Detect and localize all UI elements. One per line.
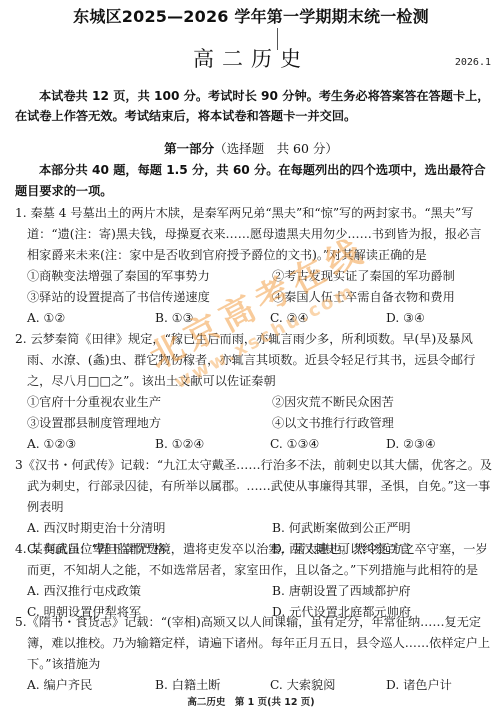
option-b: B. ①③ xyxy=(155,308,270,329)
question-4: 4. 某奏疏曰：“陛下幸忧边境，遣将吏发卒以治塞，甚大惠也。然令远方之卒守塞，一… xyxy=(15,539,493,623)
statement: ④以文书推行行政管理 xyxy=(272,413,493,434)
exam-page: 东城区2025—2026 学年第一学期期末统一检测 高二历史 2026.1 本试… xyxy=(0,0,502,723)
question-stem: 1. 秦墓 4 号墓出土的两片木牍，是秦军两兄弟“黑夫”和“惊”写的两封家书。“… xyxy=(15,203,493,266)
option-d: D. ③④ xyxy=(386,308,493,329)
option-a: A. 西汉推行屯戍政策 xyxy=(27,581,272,602)
question-stem: 3《汉书・何武传》记载：“九江太守戴圣……行治多不法，前刺史以其大儒，优客之。及… xyxy=(15,455,493,518)
option-d: D. ②③④ xyxy=(386,434,493,455)
option-b: B. 白籍土断 xyxy=(155,675,270,696)
option-a: A. ①② xyxy=(27,308,155,329)
answer-options: A. ①②③ B. ①②④ C. ①③④ D. ②③④ xyxy=(15,434,493,455)
section-intro: 本部分共 40 题，每题 1.5 分，共 60 分。在每题列出的四个选项中，选出… xyxy=(15,160,491,202)
option-b: B. ①②④ xyxy=(155,434,270,455)
answer-options: A. ①② B. ①③ C. ②④ D. ③④ xyxy=(15,308,493,329)
section-name: 第一部分 xyxy=(164,141,214,156)
question-1: 1. 秦墓 4 号墓出土的两片木牍，是秦军两兄弟“黑夫”和“惊”写的两封家书。“… xyxy=(15,203,493,329)
exam-date: 2026.1 xyxy=(455,57,491,68)
statement-list: ①商鞅变法增强了秦国的军事势力 ②考古发现实证了秦国的军功爵制 ③驿站的设置提高… xyxy=(15,266,493,308)
option-b: B. 何武断案做到公正严明 xyxy=(272,518,493,539)
section-note: （选择题 共 60 分） xyxy=(214,141,338,156)
statement: ③设置郡县制度管理地方 xyxy=(27,413,272,434)
option-a: A. ①②③ xyxy=(27,434,155,455)
option-a: A. 编户齐民 xyxy=(27,675,155,696)
page-footer: 高二历史 第 1 页(共 12 页) xyxy=(0,694,502,708)
statement: ①商鞅变法增强了秦国的军事势力 xyxy=(27,266,272,287)
subject-title: 高二历史 xyxy=(0,43,502,73)
statement: ②考古发现实证了秦国的军功爵制 xyxy=(272,266,493,287)
statement: ③驿站的设置提高了书信传递速度 xyxy=(27,287,272,308)
option-c: C. 大索貌阅 xyxy=(270,675,386,696)
statement: ④秦国人伍士卒需自备衣物和费用 xyxy=(272,287,493,308)
question-5: 5.《隋书・食货志》记载：“(宰相)高颎又以人间课输，虽有定分，年常征纳……复无… xyxy=(15,612,493,696)
exam-title: 东城区2025—2026 学年第一学期期末统一检测 xyxy=(0,4,502,27)
option-b: B. 唐朝设置了西域都护府 xyxy=(272,581,493,602)
answer-options: A. 编户齐民 B. 白籍土断 C. 大索貌阅 D. 诸色户计 xyxy=(15,675,493,696)
option-c: C. ①③④ xyxy=(270,434,386,455)
exam-instructions: 本试卷共 12 页，共 100 分。考试时长 90 分钟。考生务必将答案答在答题… xyxy=(15,86,491,126)
statement: ①官府十分重视农业生产 xyxy=(27,392,272,413)
statement-list: ①官府十分重视农业生产 ②因灾荒不断民众困苦 ③设置郡县制度管理地方 ④以文书推… xyxy=(15,392,493,434)
question-stem: 2. 云梦秦简《田律》规定，“稼已生后而雨，亦辄言雨少多，所利顷数。早(旱)及暴… xyxy=(15,329,493,392)
question-stem: 4. 某奏疏曰：“陛下幸忧边境，遣将吏发卒以治塞，甚大惠也。然令远方之卒守塞，一… xyxy=(15,539,493,581)
statement: ②因灾荒不断民众困苦 xyxy=(272,392,493,413)
question-stem: 5.《隋书・食货志》记载：“(宰相)高颎又以人间课输，虽有定分，年常征纳……复无… xyxy=(15,612,493,675)
option-a: A. 西汉时期吏治十分清明 xyxy=(27,518,272,539)
option-d: D. 诸色户计 xyxy=(386,675,493,696)
option-c: C. ②④ xyxy=(270,308,386,329)
question-2: 2. 云梦秦简《田律》规定，“稼已生后而雨，亦辄言雨少多，所利顷数。早(旱)及暴… xyxy=(15,329,493,455)
section-title: 第一部分（选择题 共 60 分） xyxy=(0,139,502,157)
